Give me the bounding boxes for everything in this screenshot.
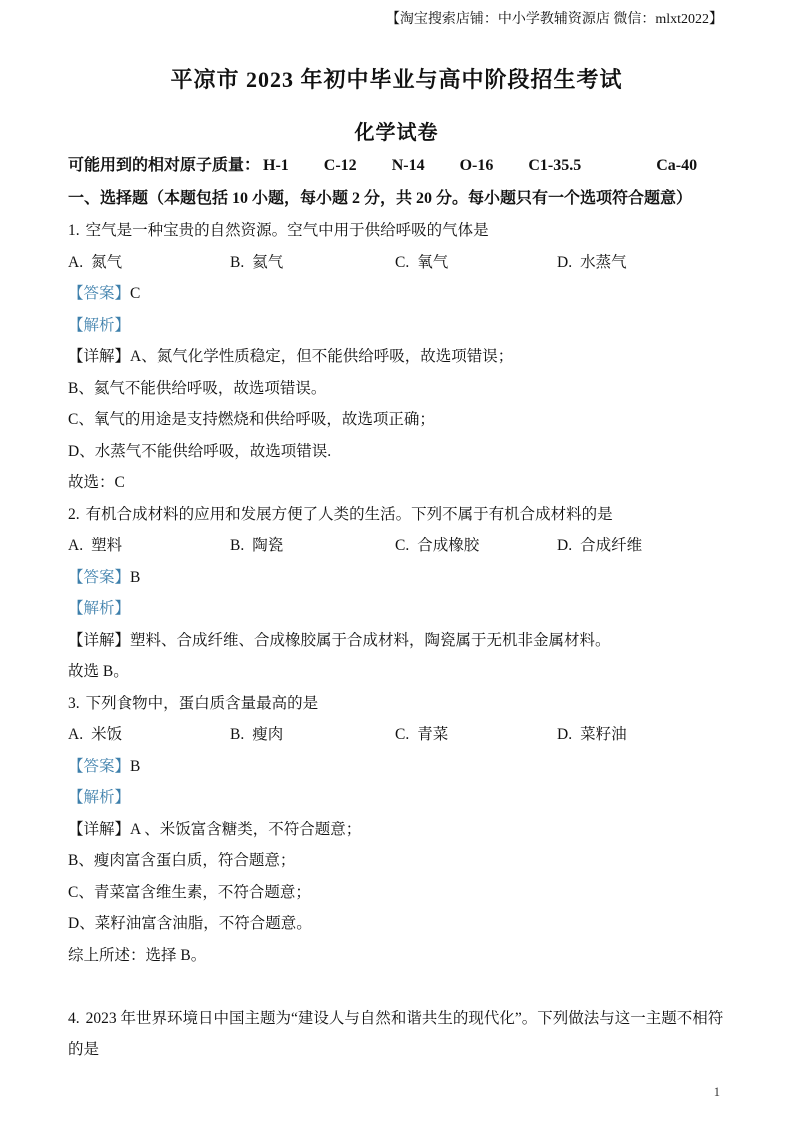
option-a: A.米饭	[68, 719, 230, 751]
question-text: 下列食物中，蛋白质含量最高的是	[86, 695, 319, 712]
question-3-detail-line: D、菜籽油富含油脂，不符合题意。	[68, 908, 725, 940]
answer-value: C	[130, 285, 140, 302]
question-3-conclusion: 综上所述：选择 B。	[68, 940, 725, 972]
question-3-detail-line: B、瘦肉富含蛋白质，符合题意；	[68, 845, 725, 877]
atomic-mass-h: H-1	[263, 157, 289, 174]
question-2-conclusion: 故选 B。	[68, 656, 725, 688]
question-text: 空气是一种宝贵的自然资源。空气中用于供给呼吸的气体是	[86, 222, 489, 239]
question-3-answer-line: 【答案】B	[68, 751, 725, 783]
question-1-detail-line: 【详解】A、氮气化学性质稳定，但不能供给呼吸，故选项错误；	[68, 341, 725, 373]
question-text: 2023 年世界环境日中国主题为“建设人与自然和谐共生的现代化”。下列做法与这一…	[68, 1010, 723, 1059]
option-b: B.陶瓷	[230, 530, 395, 562]
question-2-analysis-label: 【解析】	[68, 593, 725, 625]
answer-label: 【答案】	[68, 758, 130, 775]
option-d: D.水蒸气	[557, 247, 725, 279]
question-3-detail-line: C、青菜富含维生素，不符合题意；	[68, 877, 725, 909]
answer-label: 【答案】	[68, 285, 130, 302]
question-number: 4.	[68, 1010, 80, 1027]
section-heading: 一、选择题（本题包括 10 小题，每小题 2 分，共 20 分。每小题只有一个选…	[68, 182, 725, 215]
answer-value: B	[130, 569, 140, 586]
atomic-mass-c: C-12	[324, 157, 357, 174]
option-b: B.瘦肉	[230, 719, 395, 751]
question-number: 2.	[68, 506, 80, 523]
atomic-mass-o: O-16	[460, 157, 494, 174]
option-c: C.合成橡胶	[395, 530, 557, 562]
question-1-conclusion: 故选：C	[68, 467, 725, 499]
atomic-mass-line: 可能用到的相对原子质量：H-1C-12N-14O-16C1-35.5Ca-40	[68, 149, 725, 182]
question-2-answer-line: 【答案】B	[68, 562, 725, 594]
option-d: D.菜籽油	[557, 719, 725, 751]
option-b: B.氦气	[230, 247, 395, 279]
page-title: 平凉市 2023 年初中毕业与高中阶段招生考试	[68, 63, 725, 97]
option-a: A.塑料	[68, 530, 230, 562]
question-1-answer-line: 【答案】C	[68, 278, 725, 310]
question-3-detail-line: 【详解】A 、米饭富含糖类，不符合题意；	[68, 814, 725, 846]
question-3-stem: 3.下列食物中，蛋白质含量最高的是	[68, 688, 725, 720]
question-1-options: A.氮气 B.氦气 C.氧气 D.水蒸气	[68, 247, 725, 279]
question-1-detail-line: C、氧气的用途是支持燃烧和供给呼吸，故选项正确；	[68, 404, 725, 436]
page-number: 1	[714, 1084, 720, 1100]
atomic-mass-label: 可能用到的相对原子质量：	[68, 157, 260, 174]
atomic-mass-ca: Ca-40	[656, 157, 697, 174]
question-2-stem: 2.有机合成材料的应用和发展方便了人类的生活。下列不属于有机合成材料的是	[68, 499, 725, 531]
answer-label: 【答案】	[68, 569, 130, 586]
store-watermark-note: 【淘宝搜索店铺：中小学教辅资源店 微信：mlxt2022】	[386, 10, 723, 30]
exam-document-page: 【淘宝搜索店铺：中小学教辅资源店 微信：mlxt2022】 平凉市 2023 年…	[0, 0, 793, 1122]
question-2-options: A.塑料 B.陶瓷 C.合成橡胶 D.合成纤维	[68, 530, 725, 562]
question-4-stem: 4.2023 年世界环境日中国主题为“建设人与自然和谐共生的现代化”。下列做法与…	[68, 1003, 725, 1066]
question-number: 3.	[68, 695, 80, 712]
atomic-mass-n: N-14	[392, 157, 425, 174]
answer-value: B	[130, 758, 140, 775]
option-c: C.青菜	[395, 719, 557, 751]
question-3-analysis-label: 【解析】	[68, 782, 725, 814]
option-d: D.合成纤维	[557, 530, 725, 562]
option-c: C.氧气	[395, 247, 557, 279]
question-1-stem: 1.空气是一种宝贵的自然资源。空气中用于供给呼吸的气体是	[68, 215, 725, 247]
question-2-detail-line: 【详解】塑料、合成纤维、合成橡胶属于合成材料，陶瓷属于无机非金属材料。	[68, 625, 725, 657]
page-subtitle: 化学试卷	[68, 117, 725, 149]
question-3-options: A.米饭 B.瘦肉 C.青菜 D.菜籽油	[68, 719, 725, 751]
question-1-detail-line: B、氦气不能供给呼吸，故选项错误。	[68, 373, 725, 405]
atomic-mass-cl: C1-35.5	[528, 157, 581, 174]
option-a: A.氮气	[68, 247, 230, 279]
question-1-analysis-label: 【解析】	[68, 310, 725, 342]
question-number: 1.	[68, 222, 80, 239]
question-1-detail-line: D、水蒸气不能供给呼吸，故选项错误.	[68, 436, 725, 468]
question-text: 有机合成材料的应用和发展方便了人类的生活。下列不属于有机合成材料的是	[86, 506, 613, 523]
